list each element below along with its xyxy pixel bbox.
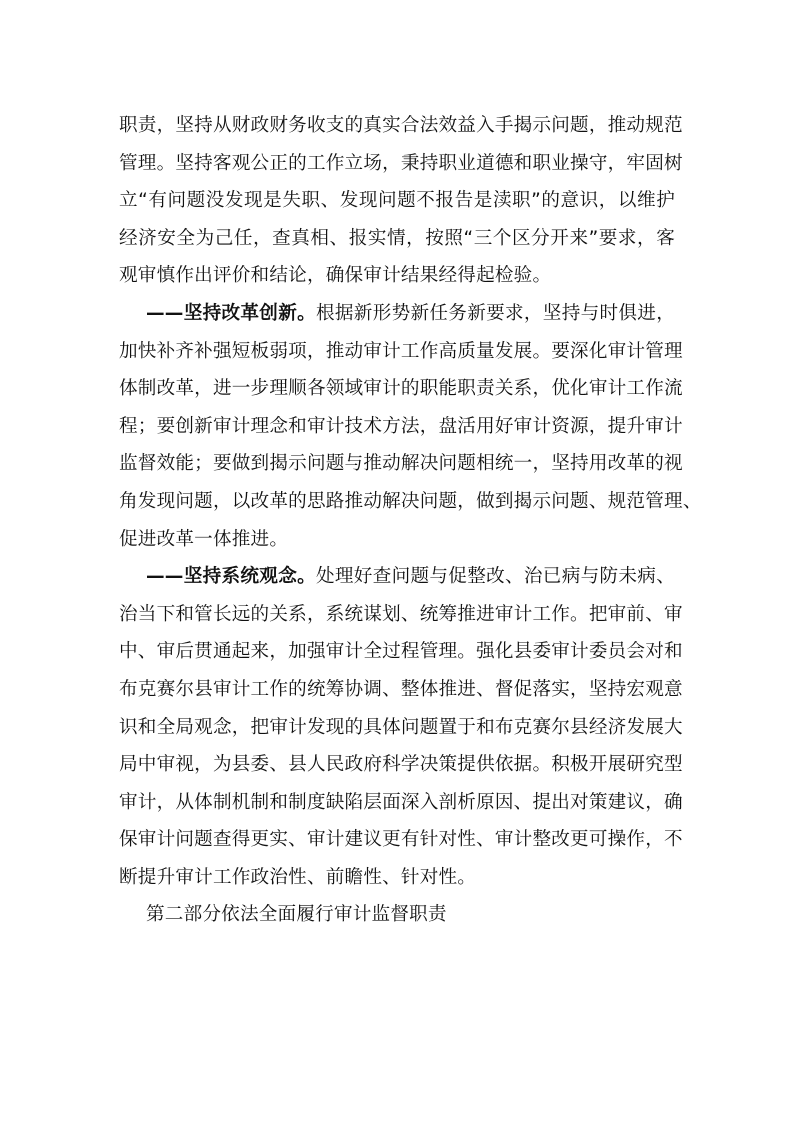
text-line: 立“有问题没发现是失职、发现问题不报告是渎职”的意识，以维护 bbox=[119, 182, 675, 220]
paragraph-reform-innovation: ——坚持改革创新。根据新形势新任务新要求，坚持与时俱进， 加快补齐补强短板弱项，… bbox=[119, 295, 675, 558]
text-line: 加快补齐补强短板弱项，推动审计工作高质量发展。要深化审计管理 bbox=[119, 333, 675, 371]
text-line: 管理。坚持客观公正的工作立场，秉持职业道德和职业操守，牢固树 bbox=[119, 145, 675, 183]
paragraph-integrity: 职责，坚持从财政财务收支的真实合法效益入手揭示问题，推动规范 管理。坚持客观公正… bbox=[119, 107, 675, 295]
document-page: 职责，坚持从财政财务收支的真实合法效益入手揭示问题，推动规范 管理。坚持客观公正… bbox=[0, 0, 793, 1122]
text-line: 角发现问题，以改革的思路推动解决问题，做到揭示问题、规范管理、 bbox=[119, 483, 675, 521]
section-title: 第二部分依法全面履行审计监督职责 bbox=[119, 896, 675, 934]
text-line: 观审慎作出评价和结论，确保审计结果经得起检验。 bbox=[119, 257, 675, 295]
text-line: 监督效能；要做到揭示问题与推动解决问题相统一，坚持用改革的视 bbox=[119, 445, 675, 483]
text-line: 体制改革，进一步理顺各领域审计的职能职责关系，优化审计工作流 bbox=[119, 370, 675, 408]
text-line: 审计，从体制机制和制度缺陷层面深入剖析原因、提出对策建议，确 bbox=[119, 784, 675, 822]
paragraph-lead-heading: ——坚持系统观念。 bbox=[146, 566, 316, 587]
text-run: 根据新形势新任务新要求，坚持与时俱进， bbox=[316, 303, 675, 324]
document-body: 职责，坚持从财政财务收支的真实合法效益入手揭示问题，推动规范 管理。坚持客观公正… bbox=[119, 107, 675, 934]
section-heading: 第二部分依法全面履行审计监督职责 bbox=[119, 896, 675, 934]
text-line: 断提升审计工作政治性、前瞻性、针对性。 bbox=[119, 859, 675, 897]
text-line: 识和全局观念，把审计发现的具体问题置于和布克赛尔县经济发展大 bbox=[119, 709, 675, 747]
text-line: 促进改革一体推进。 bbox=[119, 521, 675, 559]
text-line: 布克赛尔县审计工作的统筹协调、整体推进、督促落实，坚持宏观意 bbox=[119, 671, 675, 709]
text-line: ——坚持系统观念。处理好查问题与促整改、治已病与防未病、 bbox=[119, 558, 675, 596]
text-run: 处理好查问题与促整改、治已病与防未病、 bbox=[316, 566, 675, 587]
text-line: 经济安全为己任，查真相、报实情，按照“三个区分开来”要求，客 bbox=[119, 220, 675, 258]
text-line: 中、审后贯通起来，加强审计全过程管理。强化县委审计委员会对和 bbox=[119, 633, 675, 671]
text-line: 保审计问题查得更实、审计建议更有针对性、审计整改更可操作，不 bbox=[119, 821, 675, 859]
text-line: ——坚持改革创新。根据新形势新任务新要求，坚持与时俱进， bbox=[119, 295, 675, 333]
text-line: 局中审视，为县委、县人民政府科学决策提供依据。积极开展研究型 bbox=[119, 746, 675, 784]
text-line: 职责，坚持从财政财务收支的真实合法效益入手揭示问题，推动规范 bbox=[119, 107, 675, 145]
text-line: 程；要创新审计理念和审计技术方法，盘活用好审计资源，提升审计 bbox=[119, 408, 675, 446]
paragraph-system-concept: ——坚持系统观念。处理好查问题与促整改、治已病与防未病、 治当下和管长远的关系，… bbox=[119, 558, 675, 896]
text-line: 治当下和管长远的关系，系统谋划、统筹推进审计工作。把审前、审 bbox=[119, 596, 675, 634]
paragraph-lead-heading: ——坚持改革创新。 bbox=[146, 303, 316, 324]
